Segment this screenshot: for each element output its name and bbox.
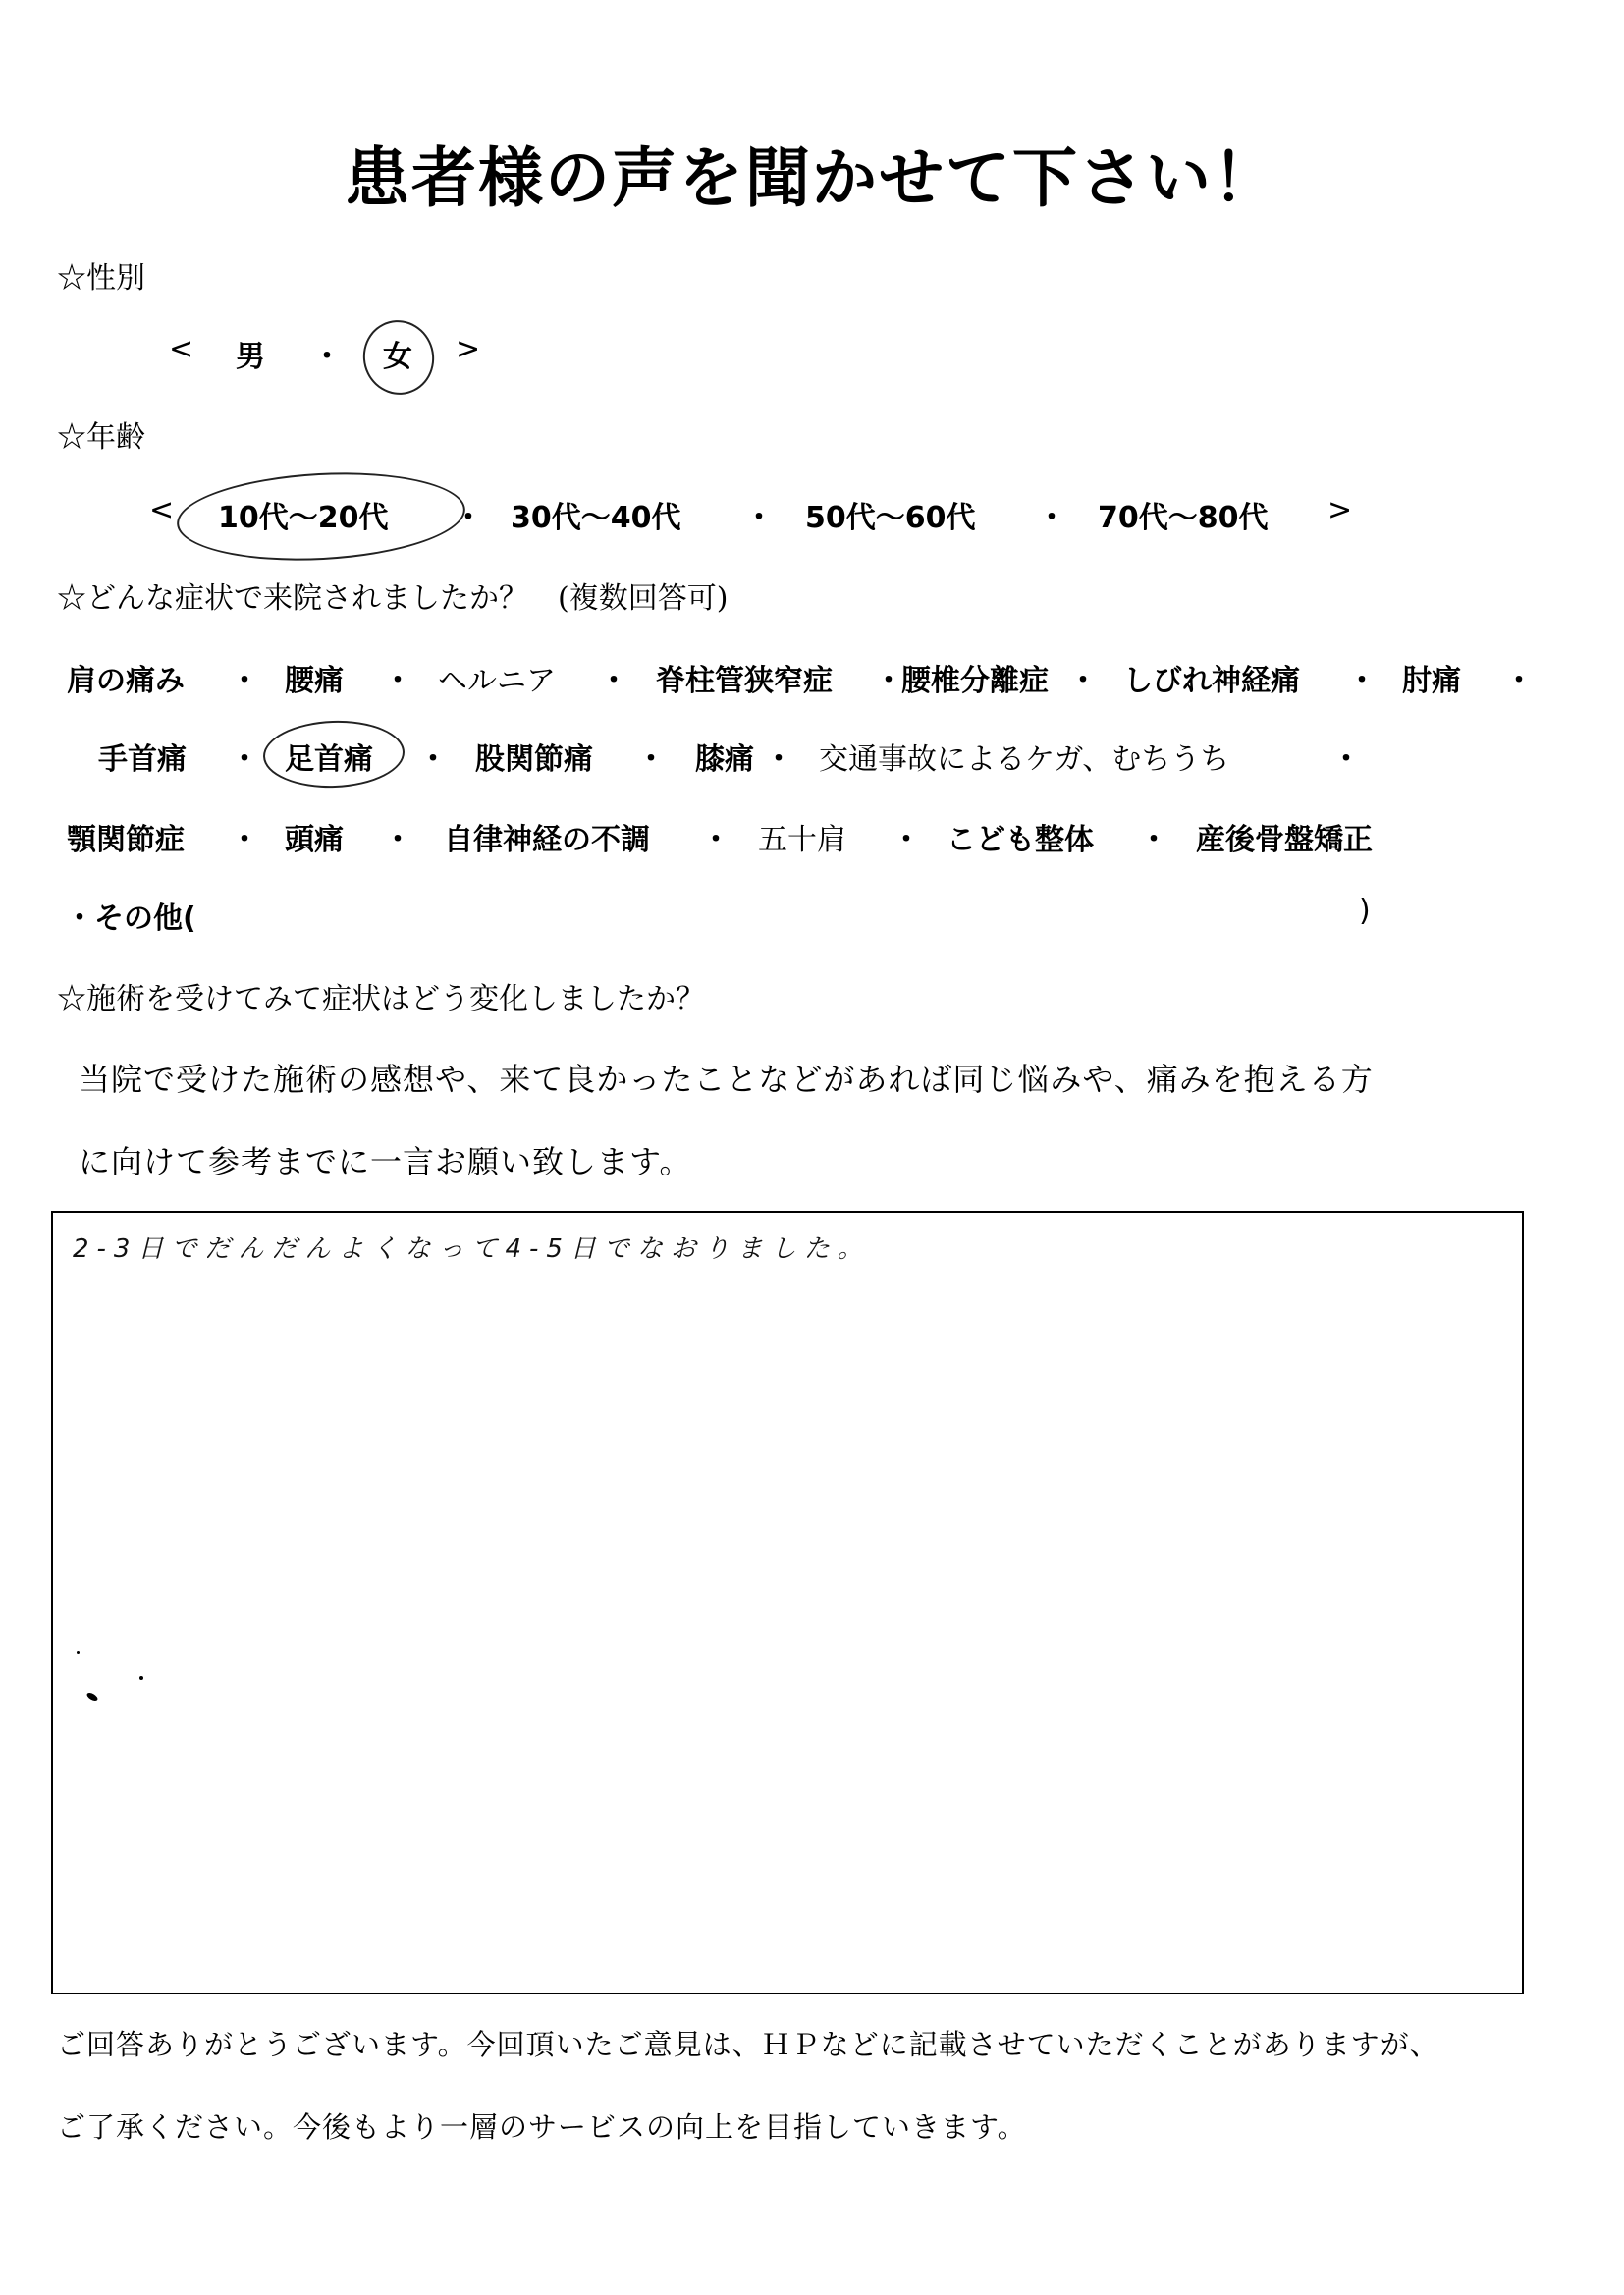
footer-thanks-line2: ご了承ください。今後もより一層のサービスの向上を目指していきます。: [57, 2105, 1027, 2146]
symptom-hip-joint-pain[interactable]: 股関節痛: [475, 735, 593, 778]
symptom-separator: ・: [383, 815, 412, 858]
selection-circle-female: [354, 312, 442, 403]
footer-thanks-line1: ご回答ありがとうございます。今回頂いたご意見は、ＨＰなどに記載させていただくこと…: [57, 2023, 1439, 2063]
symptom-postpartum-pelvis[interactable]: 産後骨盤矯正: [1196, 815, 1373, 858]
symptom-separator: ・: [764, 735, 793, 778]
symptom-separator: ・: [418, 735, 448, 778]
symptom-separator: ・: [636, 735, 666, 778]
gender-heading: ☆性別: [57, 253, 145, 297]
feedback-answer-handwritten: 2-3日でだんだんよくなって4-5日でなおりました。: [73, 1229, 871, 1265]
scan-speck: [85, 1691, 98, 1702]
symptom-hernia[interactable]: ヘルニア: [438, 656, 556, 699]
age-option-30s-40s[interactable]: 30代～40代: [511, 493, 681, 536]
symptom-separator: ・: [874, 656, 903, 699]
feedback-instruction-line2: に向けて参考までに一言お願い致します。: [79, 1137, 691, 1182]
gender-option-male[interactable]: 男: [236, 332, 265, 375]
gender-open-bracket: <: [169, 332, 193, 366]
symptom-separator: ・: [230, 735, 259, 778]
selection-circle-age: [175, 465, 467, 567]
symptom-separator: ・: [1068, 656, 1098, 699]
symptom-shoulder-pain[interactable]: 肩の痛み: [67, 656, 185, 699]
scan-speck: [77, 1651, 80, 1654]
symptom-separator: ・: [599, 656, 628, 699]
symptom-headache[interactable]: 頭痛: [285, 815, 344, 858]
symptoms-heading: ☆どんな症状で来院されましたか？ (複数回答可): [57, 574, 728, 617]
symptom-separator: ・: [1504, 656, 1534, 699]
symptom-separator: ・: [383, 656, 412, 699]
gender-separator: ・: [312, 332, 342, 375]
symptom-separator: ・: [701, 815, 731, 858]
feedback-answer-box[interactable]: 2-3日でだんだんよくなって4-5日でなおりました。: [51, 1211, 1524, 1994]
feedback-instruction-line1: 当院で受けた施術の感想や、来て良かったことなどがあれば同じ悩みや、痛みを抱える方: [79, 1055, 1374, 1100]
age-option-50s-60s[interactable]: 50代～60代: [805, 493, 976, 536]
symptom-other-label: ・その他(: [65, 894, 196, 937]
symptom-other-close: ): [1359, 894, 1371, 928]
symptom-autonomic[interactable]: 自律神経の不調: [444, 815, 650, 858]
age-separator: ・: [1037, 493, 1066, 536]
symptom-frozen-shoulder[interactable]: 五十肩: [758, 815, 846, 858]
page-title: 患者様の声を聞かせて下さい！: [0, 126, 1624, 219]
scan-speck: [139, 1676, 143, 1680]
symptom-knee-pain[interactable]: 膝痛: [695, 735, 754, 778]
symptom-lower-back-pain[interactable]: 腰痛: [285, 656, 344, 699]
symptom-separator: ・: [1347, 656, 1377, 699]
age-open-bracket: <: [149, 493, 174, 527]
age-separator: ・: [454, 493, 483, 536]
symptom-neuralgia[interactable]: しびれ神経痛: [1123, 656, 1300, 699]
symptom-elbow-pain[interactable]: 肘痛: [1402, 656, 1461, 699]
symptom-separator: ・: [230, 656, 259, 699]
symptom-wrist-pain[interactable]: 手首痛: [98, 735, 187, 778]
feedback-heading: ☆施術を受けてみて症状はどう変化しましたか？: [57, 974, 705, 1017]
selection-circle-ankle-pain: [262, 719, 406, 791]
symptom-separator: ・: [892, 815, 921, 858]
symptom-separator: ・: [230, 815, 259, 858]
symptom-separator: ・: [1139, 815, 1168, 858]
symptom-other-input[interactable]: [206, 890, 1345, 929]
age-close-bracket: >: [1327, 493, 1352, 527]
age-separator: ・: [744, 493, 774, 536]
symptom-tmj[interactable]: 顎関節症: [67, 815, 185, 858]
symptom-traffic-accident[interactable]: 交通事故によるケガ、むちうち: [819, 735, 1229, 778]
symptom-separator: ・: [1331, 735, 1361, 778]
age-heading: ☆年齢: [57, 412, 145, 456]
age-option-70s-80s[interactable]: 70代～80代: [1098, 493, 1269, 536]
symptom-kids-seitai[interactable]: こども整体: [947, 815, 1094, 858]
symptom-spondylolysis[interactable]: 腰椎分離症: [901, 656, 1049, 699]
gender-close-bracket: >: [456, 332, 480, 366]
symptom-spinal-stenosis[interactable]: 脊柱管狭窄症: [656, 656, 833, 699]
